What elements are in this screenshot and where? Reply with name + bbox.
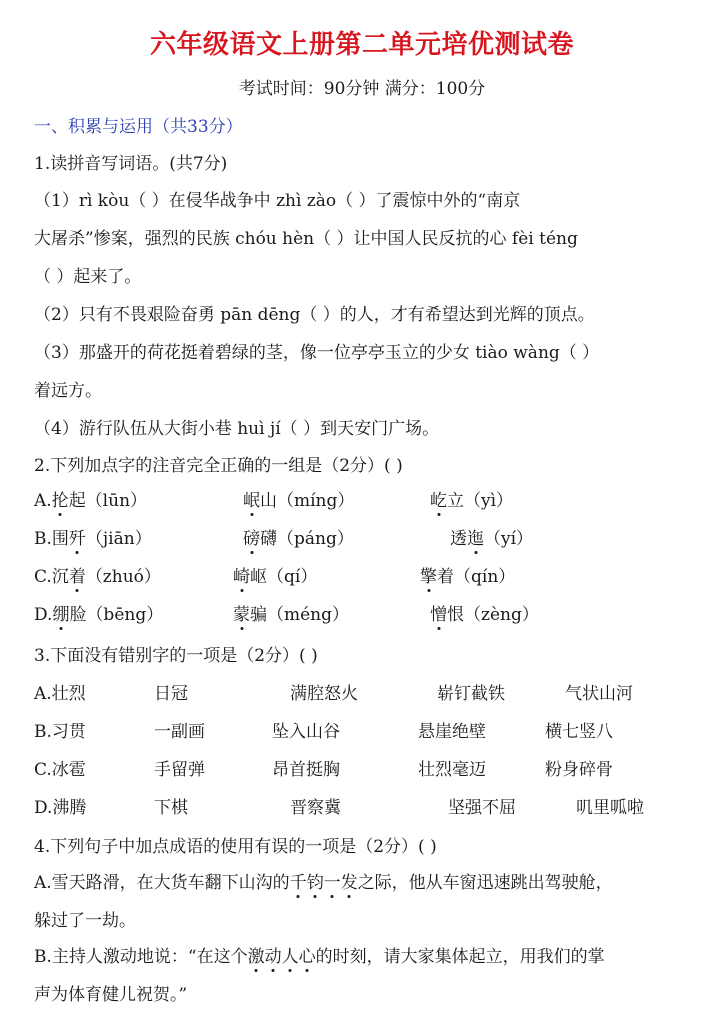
q1-line: （2）只有不畏艰险奋勇 pān dēng（ ）的人，才有希望达到光辉的顶点。 bbox=[34, 304, 595, 326]
q1-line: （ ）起来了。 bbox=[34, 266, 141, 288]
q4-option-a: A.雪天路滑，在大货车翻下山沟的千钧一发之际，他从车窗迅速跳出驾驶舱， bbox=[34, 872, 613, 894]
q4-option-b: B.主持人激动地说：“在这个激动人心的时刻，请大家集体起立，用我们的掌 bbox=[34, 946, 605, 968]
q4-option-a-cont: 躲过了一劫。 bbox=[34, 910, 136, 932]
question-1-heading: 1.读拼音写词语。(共7分) bbox=[34, 153, 227, 175]
q1-line: （4）游行队伍从大街小巷 huì jí（ ）到天安门广场。 bbox=[34, 418, 439, 440]
question-2-heading: 2.下列加点字的注音完全正确的一组是（2分）( ) bbox=[34, 455, 403, 477]
exam-info: 考试时间：90分钟 满分：100分 bbox=[0, 74, 724, 99]
q1-line: （1）rì kòu（ ）在侵华战争中 zhì zào（ ）了震惊中外的“南京 bbox=[34, 190, 520, 212]
q4-option-b-cont: 声为体育健儿祝贺。” bbox=[34, 984, 187, 1006]
question-3-heading: 3.下面没有错别字的一项是（2分）( ) bbox=[34, 645, 318, 667]
q1-line: （3）那盛开的荷花挺着碧绿的茎，像一位亭亭玉立的少女 tiào wàng（ ） bbox=[34, 342, 599, 364]
section-heading: 一、积累与运用（共33分） bbox=[34, 116, 243, 138]
question-4-heading: 4.下列句子中加点成语的使用有误的一项是（2分）( ) bbox=[34, 836, 437, 858]
q1-line: 着远方。 bbox=[34, 380, 102, 402]
exam-title: 六年级语文上册第二单元培优测试卷 bbox=[0, 24, 724, 61]
exam-page: 六年级语文上册第二单元培优测试卷 考试时间：90分钟 满分：100分 一、积累与… bbox=[0, 0, 724, 1024]
q1-line: 大屠杀”惨案，强烈的民族 chóu hèn（ ）让中国人民反抗的心 fèi té… bbox=[34, 228, 578, 250]
